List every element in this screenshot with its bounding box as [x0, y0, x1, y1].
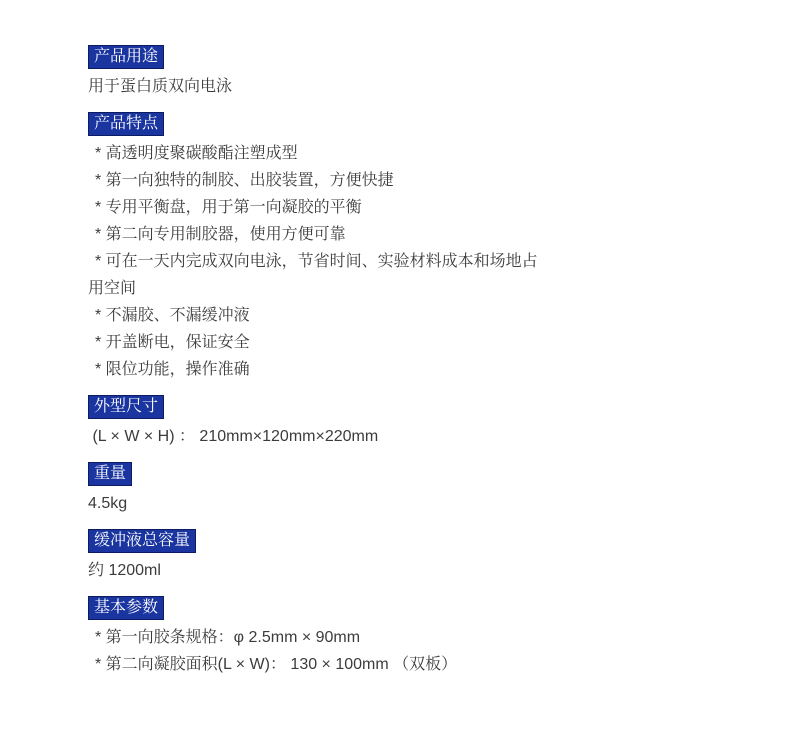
- text-line: 用于蛋白质双向电泳: [88, 73, 760, 100]
- section-product-features: 产品特点* 高透明度聚碳酸酯注塑成型* 第一向独特的制胶、出胶装置，方便快捷* …: [88, 112, 760, 383]
- bullet-line: * 第二向凝胶面积(L × W)： 130 × 100mm （双板）: [88, 651, 540, 678]
- bullet-line: * 限位功能，操作准确: [88, 356, 540, 383]
- section-dimensions: 外型尺寸 (L × W × H) ： 210mm×120mm×220mm: [88, 395, 760, 450]
- bullet-line: * 第一向胶条规格：φ 2.5mm × 90mm: [88, 624, 540, 651]
- section-label-product-use: 产品用途: [88, 45, 164, 69]
- text-line: (L × W × H) ： 210mm×120mm×220mm: [88, 423, 760, 450]
- product-description: 产品用途用于蛋白质双向电泳产品特点* 高透明度聚碳酸酯注塑成型* 第一向独特的制…: [0, 0, 800, 678]
- bullet-line: * 开盖断电，保证安全: [88, 329, 540, 356]
- section-label-row: 重量: [88, 462, 760, 490]
- section-product-use: 产品用途用于蛋白质双向电泳: [88, 45, 760, 100]
- section-label-buffer-capacity: 缓冲液总容量: [88, 529, 196, 553]
- section-label-row: 缓冲液总容量: [88, 529, 760, 557]
- section-label-product-features: 产品特点: [88, 112, 164, 136]
- section-label-row: 外型尺寸: [88, 395, 760, 423]
- bullet-line: * 专用平衡盘，用于第一向凝胶的平衡: [88, 194, 540, 221]
- section-label-basic-parameters: 基本参数: [88, 596, 164, 620]
- text-line: 约 1200ml: [88, 557, 760, 584]
- section-basic-parameters: 基本参数* 第一向胶条规格：φ 2.5mm × 90mm* 第二向凝胶面积(L …: [88, 596, 760, 678]
- bullet-line: * 不漏胶、不漏缓冲液: [88, 302, 540, 329]
- section-label-row: 产品特点: [88, 112, 760, 140]
- section-label-dimensions: 外型尺寸: [88, 395, 164, 419]
- section-weight: 重量4.5kg: [88, 462, 760, 517]
- bullet-line: * 可在一天内完成双向电泳，节省时间、实验材料成本和场地占用空间: [88, 248, 540, 302]
- bullet-line: * 第二向专用制胶器，使用方便可靠: [88, 221, 540, 248]
- section-label-weight: 重量: [88, 462, 132, 486]
- bullet-line: * 第一向独特的制胶、出胶装置，方便快捷: [88, 167, 540, 194]
- bullet-line: * 高透明度聚碳酸酯注塑成型: [88, 140, 540, 167]
- section-label-row: 产品用途: [88, 45, 760, 73]
- text-line: 4.5kg: [88, 490, 760, 517]
- section-label-row: 基本参数: [88, 596, 760, 624]
- section-buffer-capacity: 缓冲液总容量约 1200ml: [88, 529, 760, 584]
